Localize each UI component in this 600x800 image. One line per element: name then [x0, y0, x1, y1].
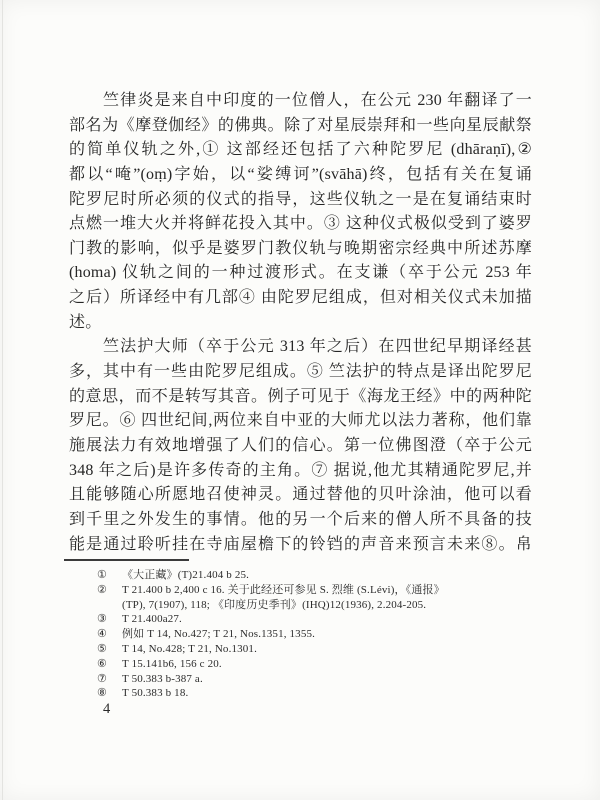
- text-line: 罗尼。⑥ 四世纪间,两位来自中亚的大师尤以法力著称，他们靠: [69, 409, 532, 434]
- footnote-marker: ⑦: [97, 672, 122, 687]
- main-text: 竺律炎是来自中印度的一位僧人，在公元 230 年翻译了一部名为《摩登伽经》的佛典…: [69, 89, 532, 557]
- scanned-book-page: 竺律炎是来自中印度的一位僧人，在公元 230 年翻译了一部名为《摩登伽经》的佛典…: [0, 0, 600, 800]
- footnote-marker: ④: [97, 627, 122, 642]
- footnote-item: ⑧T 50.383 b 18.: [97, 686, 533, 701]
- footnote-text: T 21.400a27.: [122, 612, 533, 627]
- text-line: 陀罗尼时所必须的仪式的指导，这些仪轨之一是在复诵结束时: [69, 188, 532, 213]
- footnote-item: ④例如 T 14, No.427; T 21, Nos.1351, 1355.: [97, 627, 533, 642]
- footnote-text: T 15.141b6, 156 c 20.: [122, 657, 533, 672]
- footnote-marker: ⑥: [97, 657, 122, 672]
- footnote-marker: ③: [97, 612, 122, 627]
- footnote-line: T 50.383 b-387 a.: [122, 672, 533, 687]
- paragraph: 竺律炎是来自中印度的一位僧人，在公元 230 年翻译了一部名为《摩登伽经》的佛典…: [69, 89, 532, 335]
- text-line: 多，其中有一些由陀罗尼组成。⑤ 竺法护的特点是译出陀罗尼: [69, 360, 532, 385]
- footnote-item: ③T 21.400a27.: [97, 612, 533, 627]
- footnote-line: 《大正藏》(T)21.404 b 25.: [122, 568, 533, 583]
- footnote-marker: ⑤: [97, 642, 122, 657]
- footnote-line: T 50.383 b 18.: [122, 686, 533, 701]
- text-line: (homa) 仪轨之间的一种过渡形式。在支谦（卒于公元 253 年: [69, 261, 532, 286]
- footnote-item: ①《大正藏》(T)21.404 b 25.: [97, 568, 533, 583]
- paragraph: 竺法护大师（卒于公元 313 年之后）在四世纪早期译经甚多，其中有一些由陀罗尼组…: [69, 335, 532, 557]
- footnote-item: ⑥T 15.141b6, 156 c 20.: [97, 657, 533, 672]
- text-line: 能是通过聆听挂在寺庙屋檐下的铃铛的声音来预言未来⑧。帛: [69, 533, 532, 558]
- footnote-text: T 50.383 b 18.: [122, 686, 533, 701]
- footnote-item: ⑦T 50.383 b-387 a.: [97, 672, 533, 687]
- footnote-item: ⑤T 14, No.428; T 21, No.1301.: [97, 642, 533, 657]
- footnote-line: 例如 T 14, No.427; T 21, Nos.1351, 1355.: [122, 627, 533, 642]
- footnote-item: ②T 21.400 b 2,400 c 16. 关于此经还可参见 S. 烈维 (…: [97, 583, 533, 613]
- footnote-text: 例如 T 14, No.427; T 21, Nos.1351, 1355.: [122, 627, 533, 642]
- text-line: 门教的影响，似乎是婆罗门教仪轨与晚期密宗经典中所述苏摩: [69, 237, 532, 262]
- footnote-text: 《大正藏》(T)21.404 b 25.: [122, 568, 533, 583]
- footnote-line: (TP), 7(1907), 118; 《印度历史季刊》(IHQ)12(1936…: [122, 598, 533, 613]
- footnote-marker: ②: [97, 583, 122, 598]
- footnote-line: T 21.400a27.: [122, 612, 533, 627]
- text-line: 部名为《摩登伽经》的佛典。除了对星辰崇拜和一些向星辰献祭: [69, 114, 532, 139]
- text-line: 竺律炎是来自中印度的一位僧人，在公元 230 年翻译了一: [69, 89, 532, 114]
- text-line: 都以“唵”(oṃ)字始，以“娑缚诃”(svāhā)终，包括有关在复诵: [69, 163, 532, 188]
- footnote-line: T 15.141b6, 156 c 20.: [122, 657, 533, 672]
- footnote-text: T 50.383 b-387 a.: [122, 672, 533, 687]
- footnote-line: T 14, No.428; T 21, No.1301.: [122, 642, 533, 657]
- text-line: 的简单仪轨之外,① 这部经还包括了六种陀罗尼 (dhāraṇī),②: [69, 138, 532, 163]
- page-number: 4: [103, 701, 110, 718]
- footnote-marker: ⑧: [97, 686, 122, 701]
- footnotes-section: ①《大正藏》(T)21.404 b 25.②T 21.400 b 2,400 c…: [97, 568, 533, 701]
- footnote-marker: ①: [97, 568, 122, 583]
- footnote-line: T 21.400 b 2,400 c 16. 关于此经还可参见 S. 烈维 (S…: [122, 583, 533, 598]
- text-line: 且能够随心所愿地召使神灵。通过替他的贝叶涂油，他可以看: [69, 483, 532, 508]
- text-line: 之后）所译经中有几部④ 由陀罗尼组成，但对相关仪式未加描: [69, 286, 532, 311]
- text-line: 述。: [69, 311, 532, 336]
- footnote-separator: [64, 559, 189, 561]
- text-line: 到千里之外发生的事情。他的另一个后来的僧人所不具备的技: [69, 508, 532, 533]
- footnote-text: T 14, No.428; T 21, No.1301.: [122, 642, 533, 657]
- text-line: 竺法护大师（卒于公元 313 年之后）在四世纪早期译经甚: [69, 335, 532, 360]
- footnote-text: T 21.400 b 2,400 c 16. 关于此经还可参见 S. 烈维 (S…: [122, 583, 533, 613]
- text-line: 点燃一堆大火并将鲜花投入其中。③ 这种仪式极似受到了婆罗: [69, 212, 532, 237]
- text-line: 348 年之后)是许多传奇的主角。⑦ 据说,他尤其精通陀罗尼,并: [69, 459, 532, 484]
- text-line: 施展法力有效地增强了人们的信心。第一位佛图澄（卒于公元: [69, 434, 532, 459]
- text-line: 的意思，而不是转写其音。例子可见于《海龙王经》中的两种陀: [69, 385, 532, 410]
